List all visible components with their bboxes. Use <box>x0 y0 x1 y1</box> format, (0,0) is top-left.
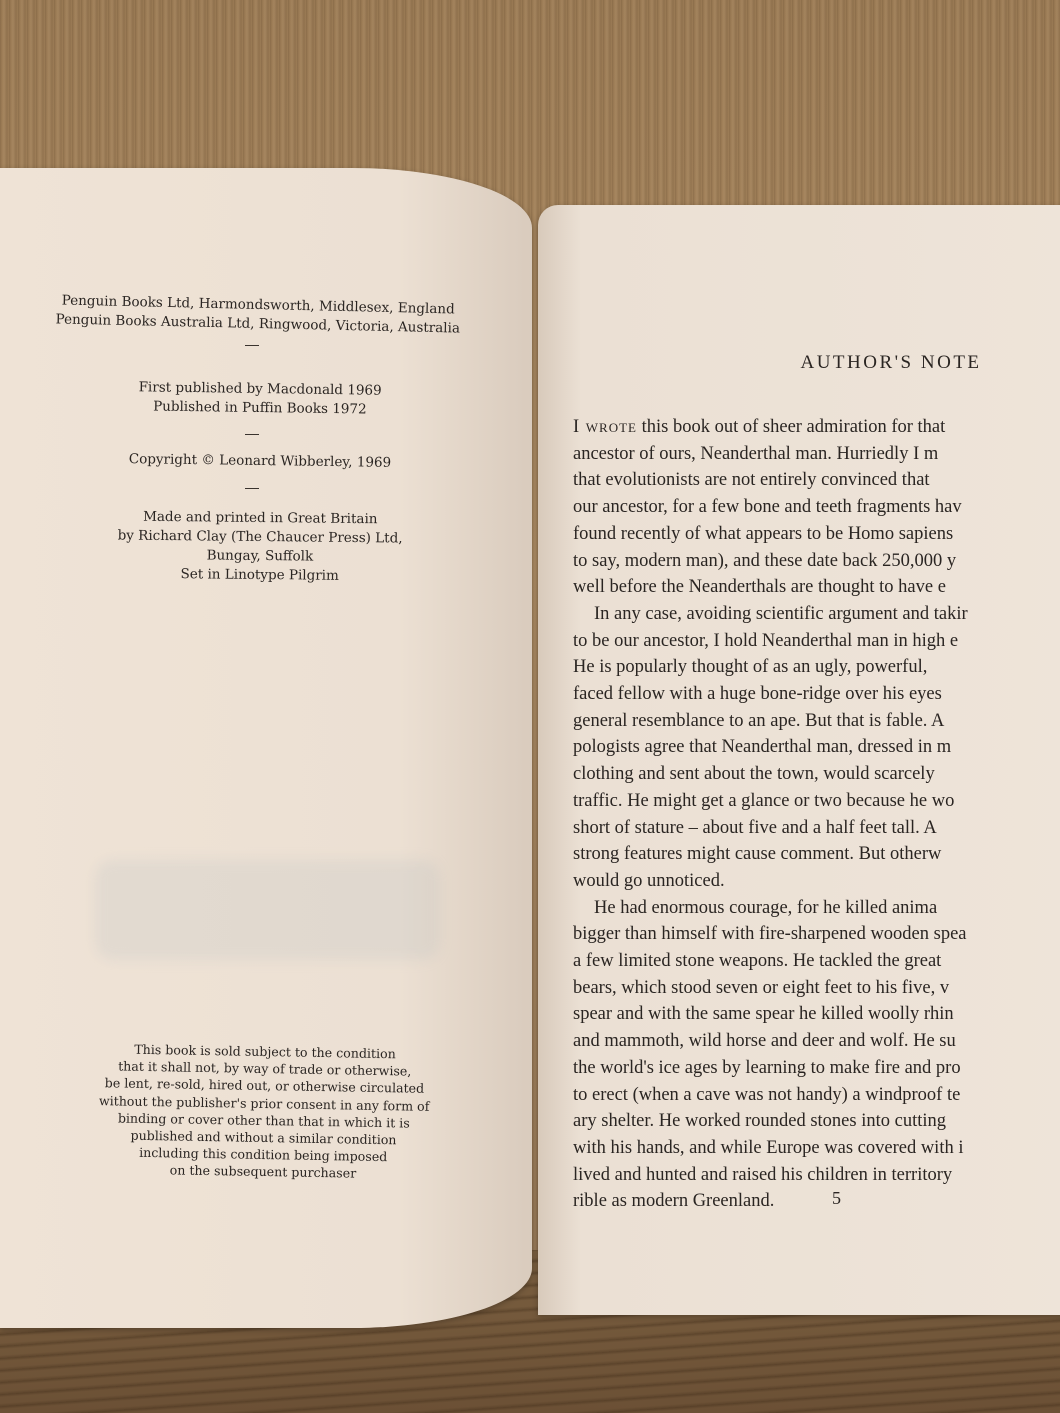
authors-note: AUTHOR'S NOTE I wrote this book out of s… <box>573 350 1060 1215</box>
lead-in: I wrote <box>573 417 637 437</box>
text-line: to be our ancestor, I hold Neanderthal m… <box>573 628 1060 655</box>
printer-line: Set in Linotype Pilgrim <box>90 564 430 587</box>
text-line: bears, which stood seven or eight feet t… <box>573 975 1060 1002</box>
text-line: bigger than himself with fire-sharpened … <box>573 921 1060 948</box>
text-line: traffic. He might get a glance or two be… <box>573 788 1060 815</box>
text-fragment: this book out of sheer admiration for th… <box>637 417 945 437</box>
show-through-illustration <box>95 860 440 960</box>
publication-history: First published by Macdonald 1969 Publis… <box>100 378 420 420</box>
chapter-title: AUTHOR'S NOTE <box>726 350 1056 376</box>
text-line: short of stature – about five and a half… <box>573 815 1060 842</box>
text-line: would go unnoticed. <box>573 868 1060 895</box>
text-line: rible as modern Greenland. <box>573 1188 1060 1215</box>
text-line: general resemblance to an ape. But that … <box>573 708 1060 735</box>
text-line: with his hands, and while Europe was cov… <box>573 1135 1060 1162</box>
text-line: lived and hunted and raised his children… <box>573 1162 1060 1189</box>
printer-line: by Richard Clay (The Chaucer Press) Ltd, <box>90 526 430 549</box>
separator <box>245 434 259 435</box>
text-line: spear and with the same spear he killed … <box>573 1001 1060 1028</box>
text-line: that evolutionists are not entirely conv… <box>573 467 1060 494</box>
body-text: I wrote this book out of sheer admiratio… <box>573 414 1060 1215</box>
text-line: a few limited stone weapons. He tackled … <box>573 948 1060 975</box>
text-line: the world's ice ages by learning to make… <box>573 1055 1060 1082</box>
separator <box>245 345 259 346</box>
text-line: He had enormous courage, for he killed a… <box>573 895 1060 922</box>
text-line: our ancestor, for a few bone and teeth f… <box>573 494 1060 521</box>
printer-information: Made and printed in Great Britain by Ric… <box>90 507 431 587</box>
text-line: He is popularly thought of as an ugly, p… <box>573 654 1060 681</box>
text-line: and mammoth, wild horse and deer and wol… <box>573 1028 1060 1055</box>
sale-condition-notice: This book is sold subject to the conditi… <box>83 1040 445 1184</box>
text-line: ary shelter. He worked rounded stones in… <box>573 1108 1060 1135</box>
text-line: to erect (when a cave was not handy) a w… <box>573 1082 1060 1109</box>
text-line: In any case, avoiding scientific argumen… <box>573 601 1060 628</box>
text-line: strong features might cause comment. But… <box>573 841 1060 868</box>
text-line: ancestor of ours, Neanderthal man. Hurri… <box>573 441 1060 468</box>
text-line: faced fellow with a huge bone-ridge over… <box>573 681 1060 708</box>
text-line: I wrote this book out of sheer admiratio… <box>573 414 1060 441</box>
text-line: to say, modern man), and these date back… <box>573 548 1060 575</box>
separator <box>245 488 259 489</box>
text-line: found recently of what appears to be Hom… <box>573 521 1060 548</box>
text-line: clothing and sent about the town, would … <box>573 761 1060 788</box>
text-line: pologists agree that Neanderthal man, dr… <box>573 734 1060 761</box>
page-number: 5 <box>832 1188 841 1209</box>
text-line: well before the Neanderthals are thought… <box>573 574 1060 601</box>
